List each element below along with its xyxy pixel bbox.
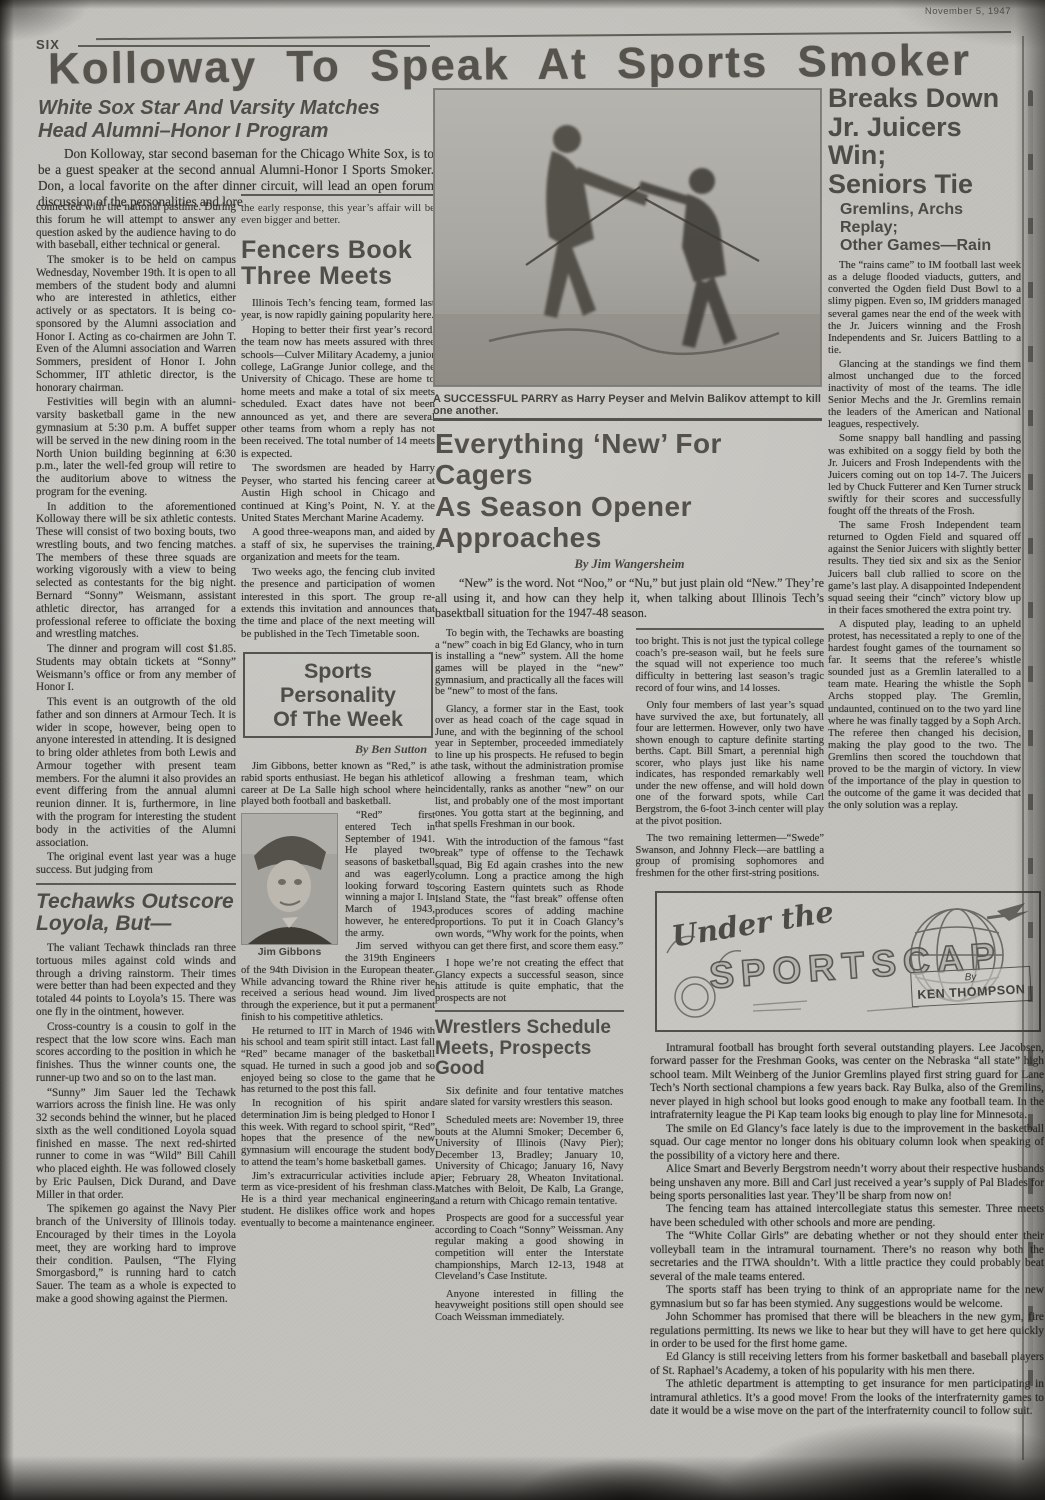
paragraph: Six definite and four tentative matches …	[435, 1086, 624, 1109]
techawks-headline: Techawks Outscore Loyola, But—	[36, 891, 236, 936]
jim-gibbons-photo	[241, 813, 338, 945]
cagers-left-subcolumn: To begin with, the Techawks are boasting…	[435, 628, 624, 1329]
kolloway-continuation: the early response, this year’s affair w…	[241, 202, 435, 227]
paragraph: Glancy, a former star in the East, took …	[435, 704, 624, 831]
newspaper-page: November 5, 1947 SIX Kolloway To Speak A…	[0, 0, 1045, 1500]
headline-line: Wrestlers Schedule	[435, 1017, 611, 1038]
paragraph: The original event last year was a huge …	[36, 851, 236, 877]
paragraph: The swordsmen are headed by Harry Peyser…	[241, 462, 435, 524]
paragraph: This event is an outgrowth of the old fa…	[36, 696, 236, 849]
paragraph: John Schommer has promised that there wi…	[650, 1311, 1044, 1351]
paragraph: The “White Collar Girls” are debating wh…	[650, 1230, 1044, 1284]
cagers-byline: By Jim Wangersheim	[435, 557, 824, 572]
paragraph: Cross-country is a cousin to golf in the…	[36, 1021, 236, 1085]
personality-photo-section: Jim Gibbons “Red” first entered Tech in …	[241, 810, 435, 1229]
issue-date: November 5, 1947	[925, 6, 1011, 17]
paragraph: With the introduction of the famous “fas…	[435, 837, 624, 952]
sportscap-byline-box: By KEN THOMPSON	[910, 966, 1032, 1007]
paragraph: Alice Smart and Beverly Bergstrom needn’…	[650, 1163, 1044, 1203]
headline-line: Techawks Outscore	[36, 890, 234, 913]
paragraph: The two remaining lettermen—“Swede” Swan…	[636, 833, 825, 879]
paragraph: Anyone interested in filling the heavywe…	[435, 1289, 624, 1324]
paragraph: Glancing at the standings we find them a…	[828, 358, 1021, 431]
personality-byline: By Ben Sutton	[241, 743, 435, 757]
headline-line: Loyola, But—	[36, 912, 171, 935]
subhead-line: Head Alumni–Honor I Program	[38, 120, 328, 142]
paragraph: To begin with, the Techawks are boasting…	[435, 628, 624, 697]
divider-rule	[433, 418, 822, 421]
headline-line: As Season Opener Approaches	[435, 491, 692, 553]
subhead-line: White Sox Star And Varsity Matches	[38, 97, 380, 119]
im-football-headline: Breaks Down Jr. Juicers Win; Seniors Tie	[828, 84, 1021, 198]
paragraph: connected with the national pastime. Dur…	[36, 201, 236, 252]
fencing-photo	[433, 88, 822, 387]
paragraph: The sports staff has been trying to thin…	[650, 1284, 1044, 1311]
paragraph: Some snappy ball handling and passing wa…	[828, 432, 1021, 517]
headline-line: Fencers Book	[241, 236, 412, 264]
divider-rule	[36, 883, 236, 885]
cartoonist-name: KEN THOMPSON	[917, 982, 1026, 1002]
paragraph: Intramural football has brought forth se…	[650, 1042, 1044, 1123]
paragraph: too bright. This is not just the typical…	[636, 636, 825, 694]
headline-line: Seniors Tie	[828, 169, 973, 199]
paragraph: Two weeks ago, the fencing club invited …	[241, 566, 435, 641]
wrestlers-headline: Wrestlers Schedule Meets, Prospects Good	[435, 1018, 624, 1080]
portrait-illustration	[242, 814, 337, 944]
paragraph: Jim Gibbons, better known as “Red,” is a…	[241, 761, 435, 808]
wrestlers-article-body: Six definite and four tentative matches …	[435, 1086, 624, 1323]
fencing-photo-illustration	[434, 89, 821, 386]
headline-line: Everything ‘New’ For Cagers	[435, 428, 722, 490]
scan-edge-artifacts	[1028, 90, 1033, 1410]
paragraph: The same Frosh Independent team returned…	[828, 519, 1021, 616]
paragraph: I hope we’re not creating the effect tha…	[435, 958, 624, 1004]
cagers-right-body: too bright. This is not just the typical…	[636, 636, 825, 879]
paragraph: A good three-weapons man, and aided by a…	[241, 526, 435, 563]
paragraph: Prospects are good for a successful year…	[435, 1213, 624, 1282]
headline-line: Breaks Down	[828, 83, 999, 113]
personality-intro: Jim Gibbons, better known as “Red,” is a…	[241, 761, 435, 808]
paragraph: Scheduled meets are: November 19, three …	[435, 1115, 624, 1207]
paragraph: The dinner and program will cost $1.85. …	[36, 643, 236, 694]
sportscap-column: Intramural football has brought forth se…	[650, 1042, 1044, 1419]
cagers-headline: Everything ‘New’ For Cagers As Season Op…	[435, 428, 824, 553]
cagers-left-body: To begin with, the Techawks are boasting…	[435, 628, 624, 1004]
paragraph: The valiant Techawk thinclads ran three …	[36, 942, 236, 1019]
kolloway-article-body: connected with the national pastime. Dur…	[36, 201, 236, 877]
divider-rule	[636, 628, 825, 630]
headline-line: Jr. Juicers Win;	[828, 112, 962, 171]
paragraph: In recognition of his spirit and determi…	[241, 1098, 435, 1169]
paragraph: The smile on Ed Glancy’s face lately is …	[650, 1123, 1044, 1163]
paragraph: “Sunny” Jim Sauer led the Techawk warrio…	[36, 1087, 236, 1202]
personality-boxed-headline: Sports Personality Of The Week	[243, 652, 433, 738]
fencers-article-body: Illinois Tech’s fencing team, formed las…	[241, 297, 435, 640]
paragraph: Festivities will begin with an alumni-va…	[36, 396, 236, 498]
right-edge-rule	[1022, 36, 1024, 1460]
fencing-photo-caption: A SUCCESSFUL PARRY as Harry Peyser and M…	[433, 393, 822, 417]
subhead-line: Gremlins, Archs Replay;	[840, 201, 963, 236]
column-1: connected with the national pastime. Dur…	[36, 201, 236, 1308]
headline-line: Sports Personality	[280, 659, 396, 707]
portrait-caption: Jim Gibbons	[241, 947, 338, 959]
kolloway-subhead: White Sox Star And Varsity Matches Head …	[38, 97, 440, 143]
column-2: the early response, this year’s affair w…	[241, 188, 435, 1231]
techawks-article-body: The valiant Techawk thinclads ran three …	[36, 942, 236, 1305]
headline-line: Meets, Prospects Good	[435, 1038, 591, 1080]
divider-rule	[435, 1010, 624, 1012]
paragraph: The “rains came” to IM football last wee…	[828, 259, 1021, 356]
headline-line: Of The Week	[273, 707, 403, 731]
im-football-subhead: Gremlins, Archs Replay; Other Games—Rain	[828, 201, 1021, 255]
paragraph: Only four members of last year’s squad h…	[636, 700, 825, 827]
paragraph: Ed Glancy is still receiving letters fro…	[650, 1351, 1044, 1378]
cagers-lead-paragraph: “New” is the word. Not “Noo,” or “Nu,” b…	[435, 576, 824, 620]
fencers-headline: Fencers Book Three Meets	[241, 237, 435, 290]
paragraph: The smoker is to be held on campus Wedne…	[36, 254, 236, 394]
paragraph: Illinois Tech’s fencing team, formed las…	[241, 297, 435, 322]
paragraph: The fencing team has attained intercolle…	[650, 1203, 1044, 1230]
column-right: Breaks Down Jr. Juicers Win; Seniors Tie…	[828, 84, 1021, 813]
paragraph: The spikemen go against the Navy Pier br…	[36, 1203, 236, 1305]
paragraph: He returned to IIT in March of 1946 with…	[241, 1026, 435, 1097]
paragraph: In addition to the aforementioned Kollow…	[36, 501, 236, 641]
headline-line: Three Meets	[241, 262, 392, 290]
divider-rule	[241, 194, 435, 196]
paragraph: A disputed play, leading to an upheld pr…	[828, 618, 1021, 812]
sportscap-column-body: Intramural football has brought forth se…	[650, 1042, 1044, 1419]
paragraph: The athletic department is attempting to…	[650, 1378, 1044, 1418]
subhead-line: Other Games—Rain	[840, 237, 991, 254]
portrait-photo-block: Jim Gibbons	[241, 813, 338, 959]
sportscap-banner: Under the SPORTSCAP By KEN THOMPSON	[655, 891, 1041, 1032]
im-football-article-body: The “rains came” to IM football last wee…	[828, 259, 1021, 811]
paragraph: Jim’s extracurricular activities include…	[241, 1171, 435, 1230]
paragraph: Hoping to better their first year’s reco…	[241, 324, 435, 461]
